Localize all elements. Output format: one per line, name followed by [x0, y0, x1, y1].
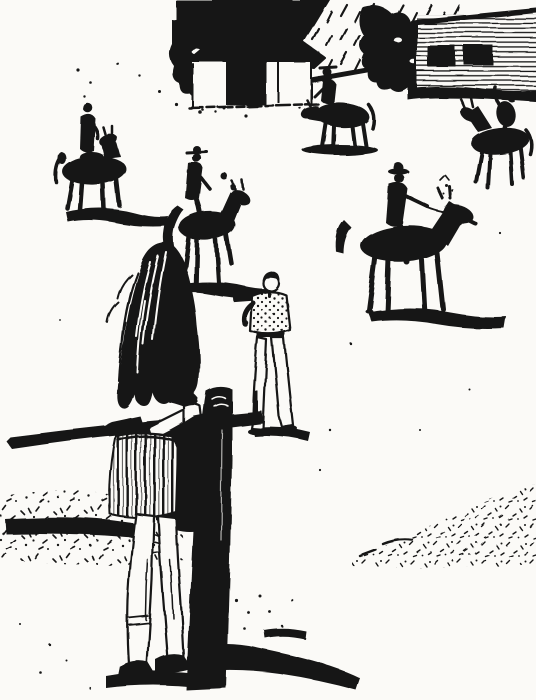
stable-building [408, 10, 536, 102]
illustration-canvas [0, 0, 536, 700]
stable-window-left [428, 46, 456, 67]
girl-skirt [110, 433, 178, 518]
stable-window-right [464, 45, 493, 65]
ranch-illustration [0, 0, 536, 700]
barn-doorway [226, 54, 266, 105]
